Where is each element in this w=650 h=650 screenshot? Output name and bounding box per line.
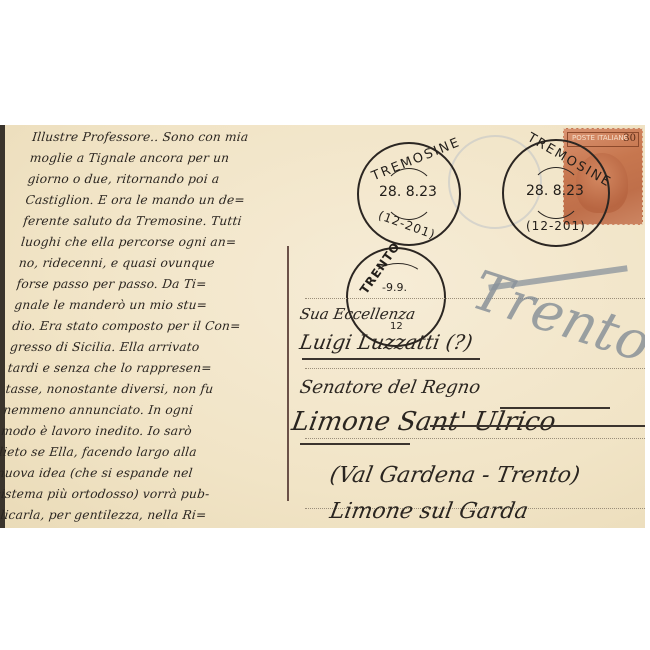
limone-underline: [300, 443, 410, 445]
message-line: gresso di Sicilia. Ella arrivato: [9, 337, 283, 358]
message-line: forse passo per passo. Da Ti=: [16, 274, 290, 295]
message-line: nemmeno annunciato. In ogni: [2, 400, 276, 421]
postmark-date: 28. 8.23: [379, 184, 437, 200]
address-title: Senatore del Regno: [298, 377, 482, 398]
message-line: tardi e senza che lo rappresen=: [7, 358, 281, 379]
message-line: modo è lavoro inedito. Io sarò: [0, 421, 274, 442]
postmark-date: 28. 8.23: [526, 183, 584, 199]
handwritten-message: Illustre Professore.. Sono con mia mogli…: [0, 127, 305, 528]
address-name: Luigi Luzzatti (?): [298, 330, 475, 354]
name-underline: [302, 358, 480, 360]
message-line: moglie a Tignale ancora per un: [29, 148, 303, 169]
message-line: sistema più ortodosso) vorrà pub-: [0, 484, 268, 505]
address-region: (Val Gardena - Trento): [328, 463, 582, 488]
address-rule: [305, 368, 645, 369]
message-line: dio. Era stato composto per il Con=: [11, 316, 285, 337]
postmark-date: -9.9.: [382, 281, 407, 294]
message-line: tasse, nonostante diversi, non fu: [4, 379, 278, 400]
message-line: lieto se Ella, facendo largo alla: [0, 442, 272, 463]
message-line: giorno o due, ritornando poi a: [27, 169, 301, 190]
town-underline: [430, 425, 645, 427]
stamp-label: POSTE ITALIANE: [572, 134, 628, 142]
postmark-tremosine-2: TREMOSINE 28. 8.23 (12-201): [502, 139, 610, 247]
address-forward: Limone sul Garda: [328, 499, 530, 524]
message-line: Illustre Professore.. Sono con mia: [31, 127, 305, 148]
message-line: Castiglion. E ora le mando un de=: [24, 190, 298, 211]
crossed-out-line: [500, 407, 610, 409]
stamp-value: 30: [623, 133, 636, 144]
message-line: blicarla, per gentilezza, nella Ri=: [0, 505, 265, 526]
message-line: luoghi che ella percorse ogni an=: [20, 232, 294, 253]
address-town: Limone Sant' Ulrico: [289, 407, 558, 437]
postmark-tremosine-1: TREMOSINE 28. 8.23 (12-201): [357, 142, 461, 246]
postcard: Illustre Professore.. Sono con mia mogli…: [0, 125, 645, 528]
postmark-code: (12-201): [526, 219, 586, 233]
message-line: ferente saluto da Tremosine. Tutti: [22, 211, 296, 232]
center-divider: [287, 246, 289, 501]
address-salutation: Sua Eccellenza: [298, 305, 416, 323]
message-line: no, ridecenni, e quasi ovunque: [18, 253, 292, 274]
message-line: vista da lei diretta. — Con ossequio: [0, 526, 263, 528]
message-line: nuova idea (che si espande nel: [0, 463, 270, 484]
message-line: gnale le manderò un mio stu=: [13, 295, 287, 316]
address-rule: [305, 438, 645, 439]
